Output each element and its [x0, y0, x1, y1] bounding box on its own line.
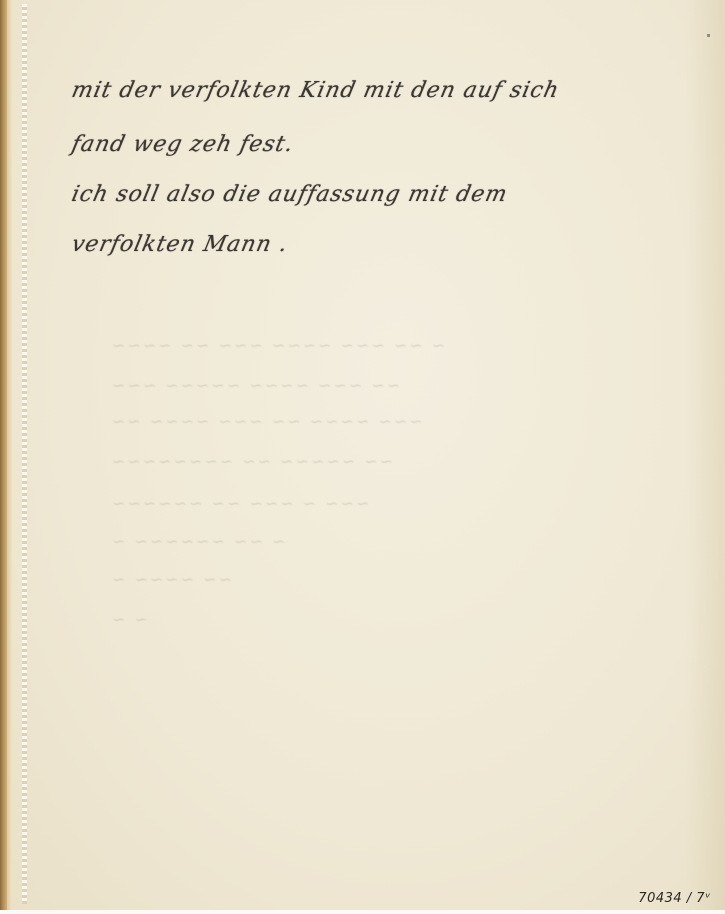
handwritten-line-1: mit der verfolkten Kind mit den auf sich — [69, 78, 561, 103]
binding-edge — [7, 0, 12, 914]
page-shadow — [685, 0, 725, 914]
handwritten-line-3: ich soll also die auffassung mit dem — [69, 182, 510, 207]
bleed-through-line: ~~~ ~ ~~~ ~~ ~~~~~~ — [110, 494, 369, 513]
bleed-through-line: ~~ ~~~ ~~~~ ~~~~~ ~~~ — [110, 376, 400, 395]
perforated-edge — [22, 4, 27, 904]
bleed-through-line: ~~ ~~~~ ~ — [110, 570, 232, 589]
page-bottom-edge — [0, 910, 725, 914]
manuscript-page: mit der verfolkten Kind mit den auf sich… — [0, 0, 725, 914]
bleed-through-line: ~~~ ~~~~ ~~ ~~~ ~~~~ ~~ — [110, 412, 423, 431]
bleed-through-line: ~~ ~~~~~ ~~ ~~~~~~~~ — [110, 452, 393, 471]
archive-shelfmark: 70434 / 7ᵛ — [638, 891, 711, 906]
handwritten-line-2: fand weg zeh fest. — [69, 132, 296, 157]
binding-spine — [0, 0, 7, 914]
paper-speck — [707, 34, 710, 37]
bleed-through-line: ~ ~~ ~~~~~~ ~ — [110, 532, 285, 551]
bleed-through-line: ~ ~ — [110, 610, 148, 629]
bleed-through-line: ~ ~~ ~~~ ~~~~ ~~~ ~~ ~~~~ — [110, 336, 445, 355]
handwritten-line-4: verfolkten Mann . — [69, 232, 290, 257]
